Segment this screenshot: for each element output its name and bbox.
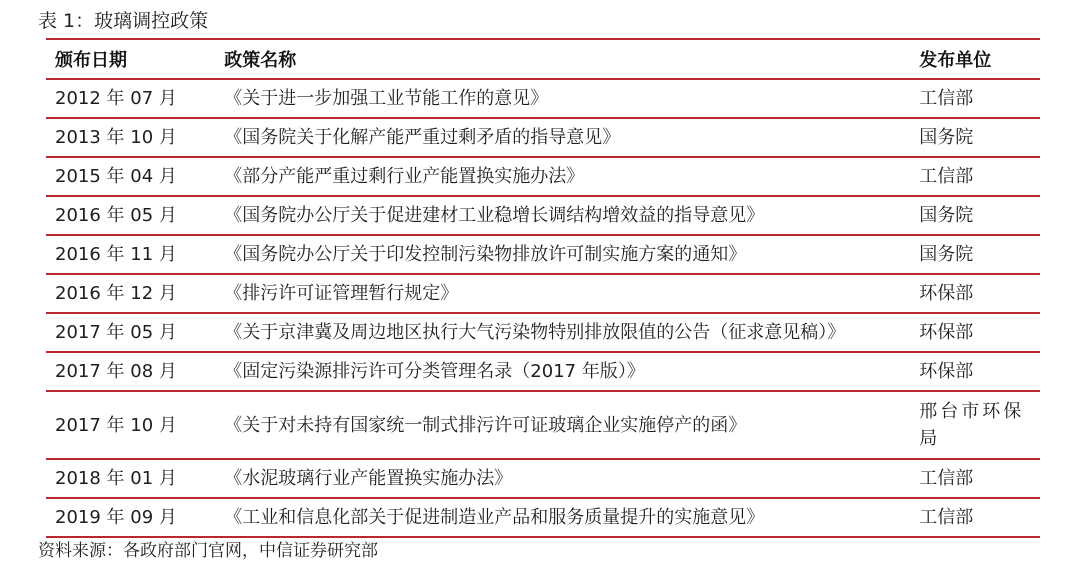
cell-date: 2012 年 07 月 (46, 79, 215, 118)
table-row: 2018 年 01 月 《水泥玻璃行业产能置换实施办法》 工信部 (46, 459, 1040, 498)
cell-issuer: 环保部 (910, 352, 1040, 391)
table-header-row: 颁布日期 政策名称 发布单位 (46, 39, 1040, 79)
cell-issuer: 工信部 (910, 459, 1040, 498)
cell-date: 2017 年 08 月 (46, 352, 215, 391)
cell-policy-name: 《水泥玻璃行业产能置换实施办法》 (215, 459, 910, 498)
source-note: 资料来源：各政府部门官网，中信证券研究部 (38, 538, 378, 564)
cell-date: 2016 年 05 月 (46, 196, 215, 235)
cell-issuer: 环保部 (910, 313, 1040, 352)
table-row: 2013 年 10 月 《国务院关于化解产能严重过剩矛盾的指导意见》 国务院 (46, 118, 1040, 157)
header-issuer: 发布单位 (910, 39, 1040, 79)
cell-issuer: 环保部 (910, 274, 1040, 313)
cell-date: 2015 年 04 月 (46, 157, 215, 196)
header-policy-name: 政策名称 (215, 39, 910, 79)
table-row: 2017 年 10 月 《关于对未持有国家统一制式排污许可证玻璃企业实施停产的函… (46, 391, 1040, 459)
table-row: 2017 年 08 月 《固定污染源排污许可分类管理名录（2017 年版）》 环… (46, 352, 1040, 391)
table-row: 2016 年 05 月 《国务院办公厅关于促进建材工业稳增长调结构增效益的指导意… (46, 196, 1040, 235)
cell-policy-name: 《国务院办公厅关于印发控制污染物排放许可制实施方案的通知》 (215, 235, 910, 274)
cell-policy-name: 《部分产能严重过剩行业产能置换实施办法》 (215, 157, 910, 196)
table-row: 2012 年 07 月 《关于进一步加强工业节能工作的意见》 工信部 (46, 79, 1040, 118)
table-row: 2015 年 04 月 《部分产能严重过剩行业产能置换实施办法》 工信部 (46, 157, 1040, 196)
cell-policy-name: 《工业和信息化部关于促进制造业产品和服务质量提升的实施意见》 (215, 498, 910, 537)
cell-date: 2016 年 11 月 (46, 235, 215, 274)
cell-policy-name: 《国务院办公厅关于促进建材工业稳增长调结构增效益的指导意见》 (215, 196, 910, 235)
cell-policy-name: 《关于对未持有国家统一制式排污许可证玻璃企业实施停产的函》 (215, 391, 910, 459)
cell-policy-name: 《关于京津冀及周边地区执行大气污染物特别排放限值的公告（征求意见稿）》 (215, 313, 910, 352)
cell-issuer: 邢台市环保局 (910, 391, 1040, 459)
cell-issuer: 国务院 (910, 196, 1040, 235)
cell-issuer: 工信部 (910, 498, 1040, 537)
table-row: 2019 年 09 月 《工业和信息化部关于促进制造业产品和服务质量提升的实施意… (46, 498, 1040, 537)
cell-date: 2017 年 05 月 (46, 313, 215, 352)
cell-date: 2018 年 01 月 (46, 459, 215, 498)
cell-policy-name: 《国务院关于化解产能严重过剩矛盾的指导意见》 (215, 118, 910, 157)
cell-date: 2017 年 10 月 (46, 391, 215, 459)
cell-issuer: 工信部 (910, 79, 1040, 118)
cell-policy-name: 《固定污染源排污许可分类管理名录（2017 年版）》 (215, 352, 910, 391)
cell-date: 2013 年 10 月 (46, 118, 215, 157)
header-date: 颁布日期 (46, 39, 215, 79)
table-caption: 表 1：玻璃调控政策 (38, 8, 208, 34)
table-row: 2017 年 05 月 《关于京津冀及周边地区执行大气污染物特别排放限值的公告（… (46, 313, 1040, 352)
table-row: 2016 年 11 月 《国务院办公厅关于印发控制污染物排放许可制实施方案的通知… (46, 235, 1040, 274)
cell-date: 2016 年 12 月 (46, 274, 215, 313)
table-row: 2016 年 12 月 《排污许可证管理暂行规定》 环保部 (46, 274, 1040, 313)
policy-table: 颁布日期 政策名称 发布单位 2012 年 07 月 《关于进一步加强工业节能工… (46, 38, 1040, 538)
cell-date: 2019 年 09 月 (46, 498, 215, 537)
cell-issuer: 国务院 (910, 235, 1040, 274)
cell-policy-name: 《关于进一步加强工业节能工作的意见》 (215, 79, 910, 118)
cell-issuer: 国务院 (910, 118, 1040, 157)
cell-policy-name: 《排污许可证管理暂行规定》 (215, 274, 910, 313)
cell-issuer: 工信部 (910, 157, 1040, 196)
